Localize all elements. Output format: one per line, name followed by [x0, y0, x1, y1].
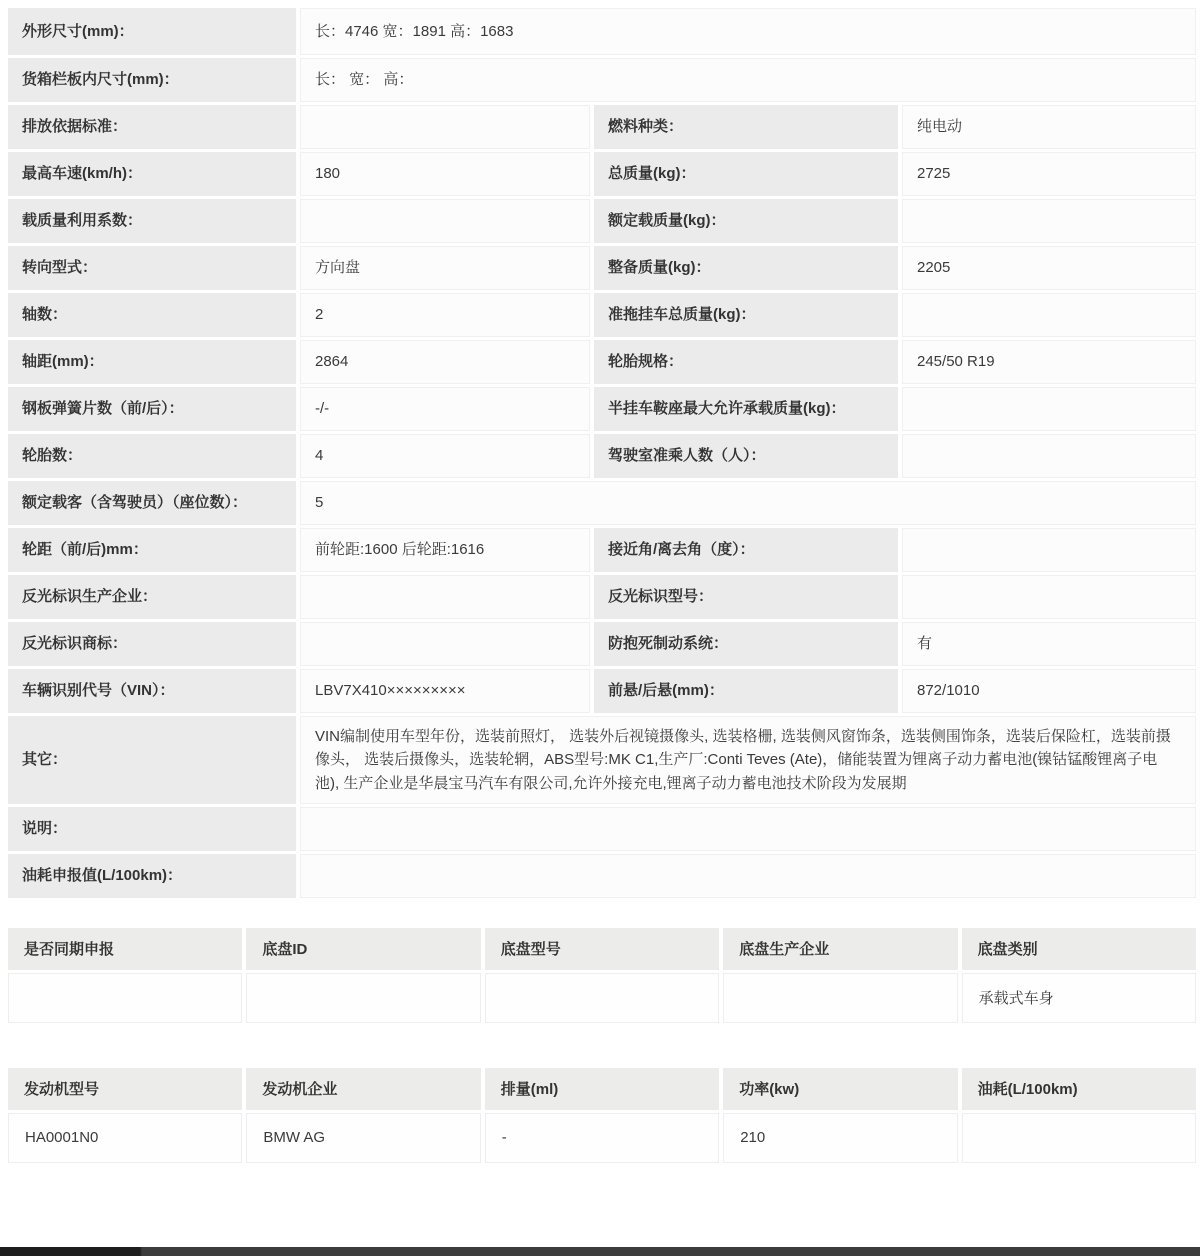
spec-row: 油耗申报值(L/100km)： — [8, 854, 1196, 898]
spec-label: 轴数： — [8, 293, 296, 337]
spec-label: 反光标识生产企业： — [8, 575, 296, 619]
spacer — [8, 1023, 1190, 1068]
spec-value: 4 — [300, 434, 590, 478]
spec-value — [300, 807, 1196, 851]
spec-label: 总质量(kg)： — [594, 152, 898, 196]
spec-label: 轴距(mm)： — [8, 340, 296, 384]
vehicle-spec-page: 外形尺寸(mm)：长：4746 宽：1891 高：1683货箱栏板内尺寸(mm)… — [0, 0, 1196, 1163]
spec-label: 轮胎数： — [8, 434, 296, 478]
spec-label: 车辆识别代号（VIN）： — [8, 669, 296, 713]
spec-label: 外形尺寸(mm)： — [8, 8, 296, 55]
spec-value — [300, 854, 1196, 898]
spec-label: 驾驶室准乘人数（人）： — [594, 434, 898, 478]
spec-value: LBV7X410××××××××× — [300, 669, 590, 713]
spacer — [8, 901, 1190, 928]
chassis-header-cell: 底盘类别 — [962, 928, 1196, 970]
spec-label: 轮距（前/后)mm： — [8, 528, 296, 572]
chassis-value-cell — [485, 973, 719, 1023]
spec-value: 长：4746 宽：1891 高：1683 — [300, 8, 1196, 55]
spec-value: 872/1010 — [902, 669, 1196, 713]
spec-value — [902, 387, 1196, 431]
chassis-value-cell — [246, 973, 480, 1023]
spec-value — [300, 105, 590, 149]
spec-row: 反光标识生产企业：反光标识型号： — [8, 575, 1196, 619]
spec-label: 油耗申报值(L/100km)： — [8, 854, 296, 898]
chassis-header-cell: 是否同期申报 — [8, 928, 242, 970]
spec-value — [902, 434, 1196, 478]
chassis-table: 是否同期申报底盘ID底盘型号底盘生产企业底盘类别承载式车身 — [8, 928, 1196, 1023]
spec-row: 反光标识商标：防抱死制动系统：有 — [8, 622, 1196, 666]
engine-value-cell — [962, 1113, 1196, 1163]
spec-row: 其它：VIN编制使用车型年份，选装前照灯， 选装外后视镜摄像头, 选装格栅, 选… — [8, 716, 1196, 804]
spec-table: 外形尺寸(mm)：长：4746 宽：1891 高：1683货箱栏板内尺寸(mm)… — [8, 8, 1196, 898]
chassis-value-cell: 承载式车身 — [962, 973, 1196, 1023]
spec-row: 排放依据标准：燃料种类：纯电动 — [8, 105, 1196, 149]
spec-value: 2864 — [300, 340, 590, 384]
spec-row: 说明： — [8, 807, 1196, 851]
spec-label: 反光标识商标： — [8, 622, 296, 666]
spec-value: 180 — [300, 152, 590, 196]
spec-value — [902, 199, 1196, 243]
chassis-header-cell: 底盘ID — [246, 928, 480, 970]
spec-label: 载质量利用系数： — [8, 199, 296, 243]
spec-value — [902, 575, 1196, 619]
spec-row: 额定载客（含驾驶员）（座位数）：5 — [8, 481, 1196, 525]
spec-label: 其它： — [8, 716, 296, 804]
chassis-value-cell — [8, 973, 242, 1023]
spec-value: 245/50 R19 — [902, 340, 1196, 384]
spec-value: 5 — [300, 481, 1196, 525]
spec-row: 最高车速(km/h)：180总质量(kg)：2725 — [8, 152, 1196, 196]
chassis-header-cell: 底盘生产企业 — [723, 928, 957, 970]
spec-row: 转向型式：方向盘整备质量(kg)：2205 — [8, 246, 1196, 290]
spec-label: 钢板弹簧片数（前/后）： — [8, 387, 296, 431]
spec-label: 说明： — [8, 807, 296, 851]
spec-label: 整备质量(kg)： — [594, 246, 898, 290]
spec-row: 外形尺寸(mm)：长：4746 宽：1891 高：1683 — [8, 8, 1196, 55]
spec-label: 排放依据标准： — [8, 105, 296, 149]
engine-value-cell: 210 — [723, 1113, 957, 1163]
spec-value — [902, 528, 1196, 572]
engine-header-cell: 功率(kw) — [723, 1068, 957, 1110]
engine-header-cell: 发动机型号 — [8, 1068, 242, 1110]
spec-label: 前悬/后悬(mm)： — [594, 669, 898, 713]
spec-label: 准拖挂车总质量(kg)： — [594, 293, 898, 337]
spec-value: 方向盘 — [300, 246, 590, 290]
spec-label: 燃料种类： — [594, 105, 898, 149]
spec-row: 货箱栏板内尺寸(mm)：长： 宽： 高： — [8, 58, 1196, 102]
bottom-edge-bar — [0, 1247, 1200, 1256]
spec-label: 额定载质量(kg)： — [594, 199, 898, 243]
spec-row: 轴距(mm)：2864轮胎规格：245/50 R19 — [8, 340, 1196, 384]
spec-label: 反光标识型号： — [594, 575, 898, 619]
spec-value: 长： 宽： 高： — [300, 58, 1196, 102]
engine-value-cell: - — [485, 1113, 719, 1163]
spec-label: 轮胎规格： — [594, 340, 898, 384]
spec-value: 2 — [300, 293, 590, 337]
spec-value: 有 — [902, 622, 1196, 666]
spec-row: 轮胎数：4驾驶室准乘人数（人）： — [8, 434, 1196, 478]
spec-value — [300, 199, 590, 243]
spec-label: 货箱栏板内尺寸(mm)： — [8, 58, 296, 102]
engine-value-cell: HA0001N0 — [8, 1113, 242, 1163]
engine-table: 发动机型号发动机企业排量(ml)功率(kw)油耗(L/100km)HA0001N… — [8, 1068, 1196, 1163]
spec-label: 最高车速(km/h)： — [8, 152, 296, 196]
spec-value: 2725 — [902, 152, 1196, 196]
spec-value: 纯电动 — [902, 105, 1196, 149]
spec-label: 转向型式： — [8, 246, 296, 290]
spec-row: 轮距（前/后)mm：前轮距:1600 后轮距:1616接近角/离去角（度）： — [8, 528, 1196, 572]
engine-header-cell: 排量(ml) — [485, 1068, 719, 1110]
spec-row: 轴数：2准拖挂车总质量(kg)： — [8, 293, 1196, 337]
chassis-value-cell — [723, 973, 957, 1023]
engine-header-cell: 油耗(L/100km) — [962, 1068, 1196, 1110]
spec-value: -/- — [300, 387, 590, 431]
spec-label: 额定载客（含驾驶员）（座位数）： — [8, 481, 296, 525]
spec-value — [300, 622, 590, 666]
spec-row: 车辆识别代号（VIN）：LBV7X410×××××××××前悬/后悬(mm)：8… — [8, 669, 1196, 713]
spec-value: 2205 — [902, 246, 1196, 290]
spec-row: 载质量利用系数：额定载质量(kg)： — [8, 199, 1196, 243]
engine-value-cell: BMW AG — [246, 1113, 480, 1163]
chassis-header-cell: 底盘型号 — [485, 928, 719, 970]
spec-label: 半挂车鞍座最大允许承载质量(kg)： — [594, 387, 898, 431]
spec-value: VIN编制使用车型年份，选装前照灯， 选装外后视镜摄像头, 选装格栅, 选装侧风… — [300, 716, 1196, 804]
spec-value — [300, 575, 590, 619]
spec-label: 防抱死制动系统： — [594, 622, 898, 666]
spec-label: 接近角/离去角（度）： — [594, 528, 898, 572]
spec-row: 钢板弹簧片数（前/后）：-/-半挂车鞍座最大允许承载质量(kg)： — [8, 387, 1196, 431]
spec-value: 前轮距:1600 后轮距:1616 — [300, 528, 590, 572]
spec-value — [902, 293, 1196, 337]
engine-header-cell: 发动机企业 — [246, 1068, 480, 1110]
